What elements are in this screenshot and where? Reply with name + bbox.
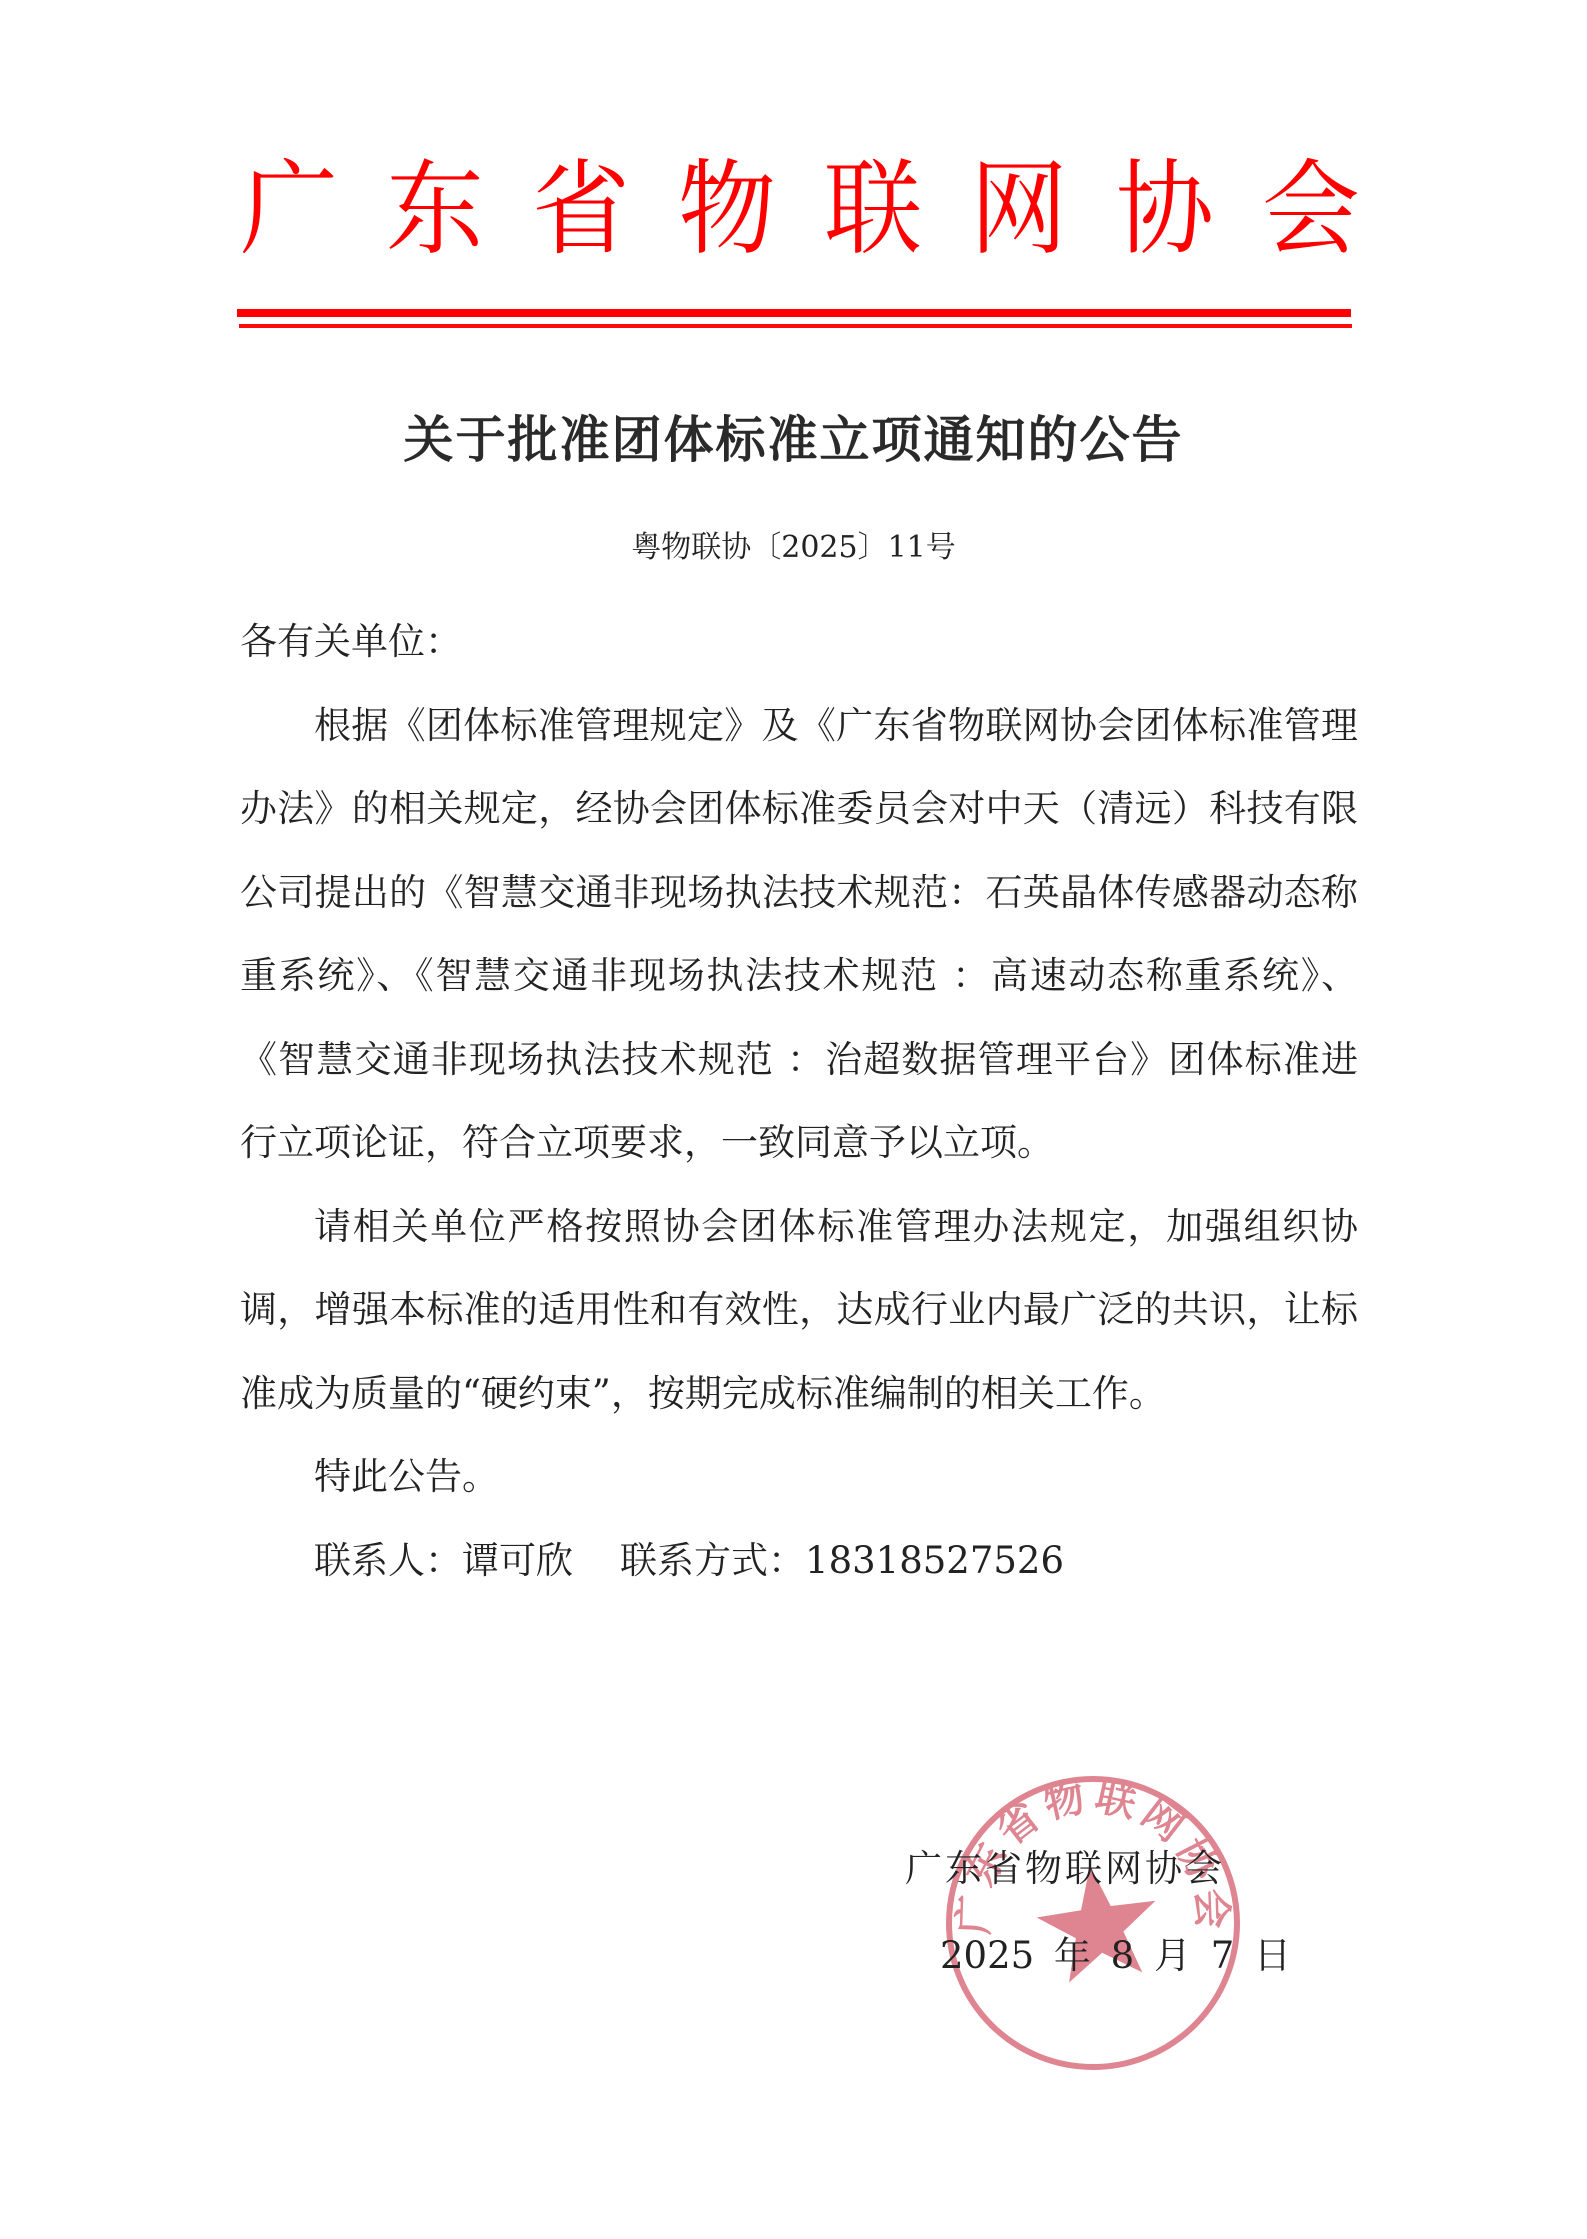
letterhead-char: 联 xyxy=(824,159,922,262)
letterhead-char: 物 xyxy=(678,159,776,262)
contact-person-label: 联系人： xyxy=(314,1539,462,1582)
letterhead-char: 协 xyxy=(1116,159,1214,262)
contact-phone: 18318527526 xyxy=(805,1539,1064,1582)
closing-phrase: 特此公告。 xyxy=(240,1435,1358,1519)
letterhead-char: 省 xyxy=(532,159,630,262)
contact-line: 联系人：谭可欣 联系方式：18318527526 xyxy=(240,1519,1358,1603)
letterhead-char: 东 xyxy=(386,159,484,262)
contact-spacer xyxy=(573,1539,620,1582)
paragraph: 根据《团体标准管理规定》及《广东省物联网协会团体标准管理办法》的相关规定，经协会… xyxy=(240,684,1358,1185)
letterhead-char: 广 xyxy=(240,159,338,262)
signature-date: 2025 年 8 月 7 日 xyxy=(940,1925,1291,1979)
letterhead-rule-thin xyxy=(239,324,1352,328)
document-number: 粤物联协〔2025〕11号 xyxy=(0,522,1587,566)
letterhead-char: 会 xyxy=(1262,159,1360,262)
paragraph: 请相关单位严格按照协会团体标准管理办法规定，加强组织协调，增强本标准的适用性和有… xyxy=(240,1185,1358,1436)
letterhead-rule-thick xyxy=(237,309,1351,317)
letterhead: 广 东 省 物 联 网 协 会 xyxy=(240,150,1360,270)
contact-person: 谭可欣 xyxy=(462,1539,573,1582)
letterhead-char: 网 xyxy=(970,159,1068,262)
contact-phone-label: 联系方式： xyxy=(620,1539,805,1582)
salutation: 各有关单位： xyxy=(240,600,1358,684)
official-seal-icon: 广东省物联网协会 xyxy=(943,1773,1243,2073)
document-title: 关于批准团体标准立项通知的公告 xyxy=(0,400,1587,472)
document-body: 各有关单位： 根据《团体标准管理规定》及《广东省物联网协会团体标准管理办法》的相… xyxy=(240,600,1358,1602)
signature-organization: 广东省物联网协会 xyxy=(905,1838,1225,1892)
